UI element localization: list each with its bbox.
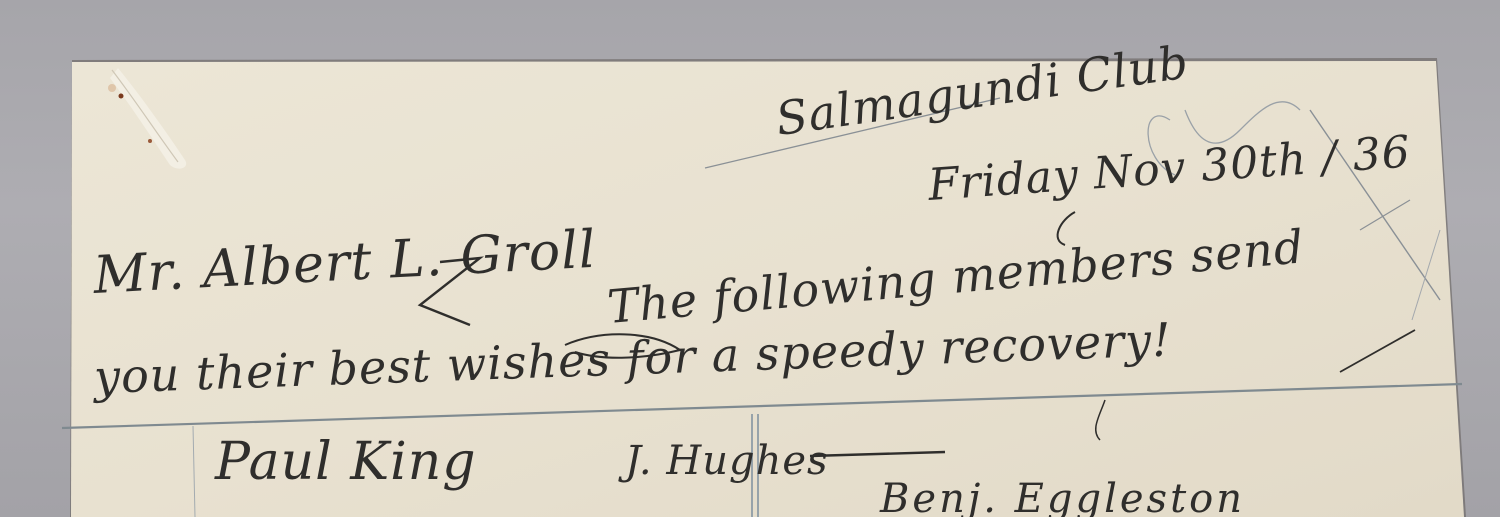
signature-eggleston: Benj. Eggleston xyxy=(880,476,1245,517)
signature-hughes: J. Hughes xyxy=(625,438,829,484)
letter-paper: Salmagundi Club Friday Nov 30th / 36 Mr.… xyxy=(0,0,1500,517)
signature-paul-king: Paul King xyxy=(215,432,477,492)
